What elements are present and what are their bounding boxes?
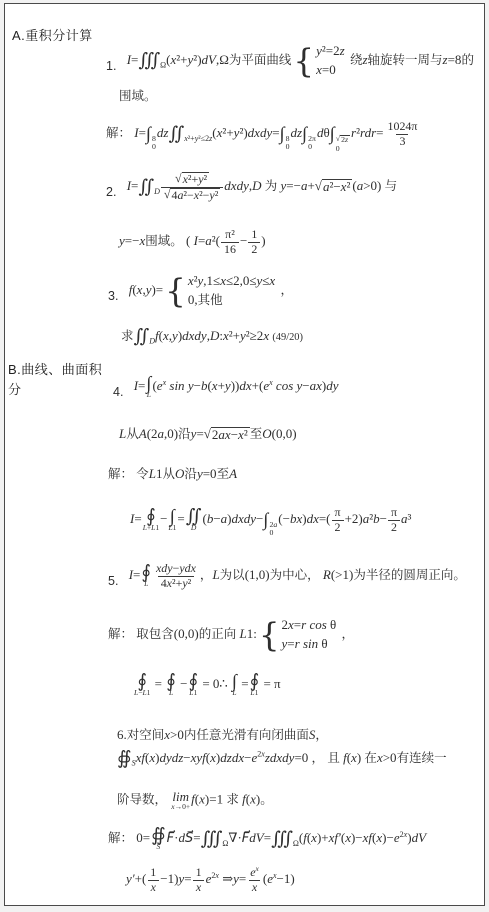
solution-4-computation: I=∮L+L1−∫L1=∬D(b−a)dxdy−∫2a0(−bx)dx=(π2+… [130, 506, 411, 537]
scanned-math-worksheet: A.重积分计算1. I=∭Ω(x²+y²)dV,Ω为平面曲线{y²=2zx=0 … [0, 0, 489, 912]
section-a-label: A.重积分计算 [12, 26, 111, 46]
problem-6-condition: 阶导数， limx→0+f(x)=1 求 f(x)。 [117, 790, 273, 811]
problem-4-path: L从A(2a,0)沿y=√2ax−x²至O(0,0) [119, 426, 297, 443]
solution-4-setup: 解： 令L1从O沿y=0至A [108, 466, 237, 483]
math-content: A.重积分计算1. I=∭Ω(x²+y²)dV,Ω为平面曲线{y²=2zx=0 … [0, 0, 489, 912]
problem-1-statement: 1. I=∭Ω(x²+y²)dV,Ω为平面曲线{y²=2zx=0 绕z轴旋转一周… [106, 42, 474, 80]
solution-5-setup: 解： 取包含(0,0)的正向 L1:{2x=r cos θy=r sin θ ， [108, 616, 354, 654]
problem-3-statement: 3. f(x,y)={x²y,1≤x≤2,0≤y≤x0,其他 ， [108, 272, 293, 310]
solution-1: 解： I=∫80dz∬x²+y²≤2z(x²+y²)dxdy=∫80dz∫2π0… [106, 120, 421, 153]
problem-4-statement: 4. I=∫L(ex sin y−b(x+y))dx+(ex cos y−ax)… [113, 376, 339, 399]
solution-5-computation: ∮L−L1 = ∮L −∮L1 = 0∴ ∫L =∮L1 = π [133, 674, 281, 697]
problem-5-statement: 5. I=∮Lxdy−ydx4x²+y²，L为以(1,0)为中心， R(>1)为… [108, 562, 466, 590]
problem-3-question: 求∬Df(x,y)dxdy,D:x²+y²≥2x (49/20) [121, 328, 303, 345]
problem-6-statement: 6.对空间x>0内任意光滑有向闭曲面S， [117, 727, 328, 744]
problem-2-statement: 2. I=∬D√x²+y²√4a²−x²−y²dxdy,D 为 y=−a+√a²… [106, 172, 397, 202]
solution-6-ode: y′+(1x−1)y=1xe2x ⇒y=exx(ex−1) [126, 866, 295, 894]
section-b-label: B.曲线、曲面积分 [8, 360, 107, 400]
problem-2-statement-cont: y=−x围域。 ( I=a²(π²16−12) [119, 228, 266, 256]
problem-1-statement-cont: 围域。 [119, 88, 157, 105]
solution-6-divergence: 解： 0=∯SF⃗·dS⃗=∭Ω∇·F⃗dV=∭Ω(f(x)+xf′(x)−xf… [108, 828, 426, 851]
problem-6-equation: ∯Sxf(x)dydz−xyf(x)dzdx−e2xzdxdy=0 ， 且 f(… [117, 750, 447, 767]
